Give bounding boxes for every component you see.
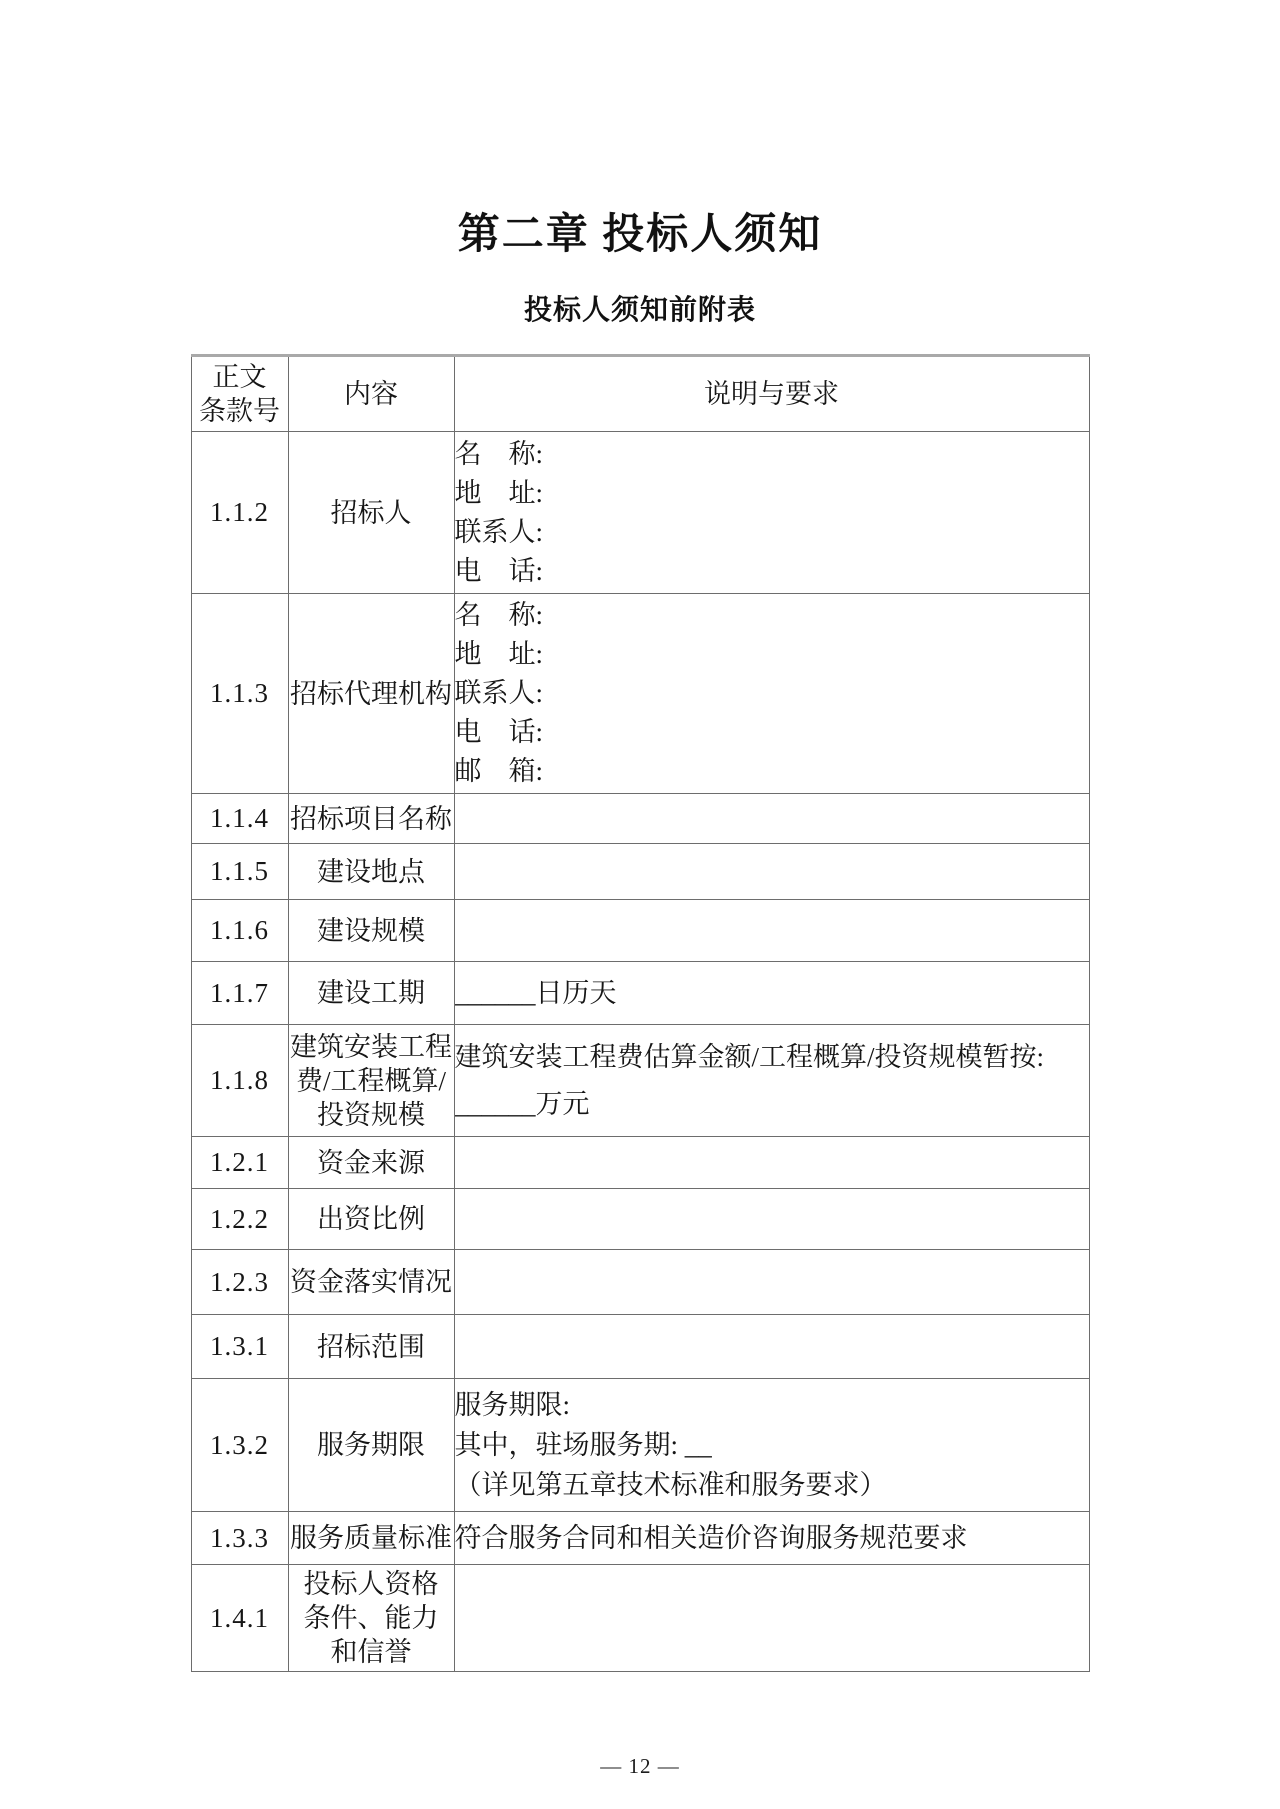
table-row: 1.1.8 建筑安装工程 费/工程概算/ 投资规模 建筑安装工程费估算金额/工程… [191, 1025, 1089, 1137]
requirement-cell [454, 1565, 1089, 1672]
requirement-cell [454, 1315, 1089, 1379]
clause-cell: 1.1.6 [191, 900, 288, 962]
requirement-cell: 名 称: 地 址: 联系人: 电 话: 邮 箱: [454, 594, 1089, 794]
table-caption: 投标人须知前附表 [0, 296, 1280, 326]
requirement-cell [454, 900, 1089, 962]
clause-cell: 1.3.3 [191, 1512, 288, 1565]
requirement-cell: 名 称: 地 址: 联系人: 电 话: [454, 432, 1089, 594]
requirement-cell [454, 1137, 1089, 1189]
table-row: 1.3.2 服务期限 服务期限: 其中，驻场服务期: __ （详见第五章技术标准… [191, 1379, 1089, 1512]
clause-cell: 1.1.7 [191, 962, 288, 1025]
requirement-cell: 符合服务合同和相关造价咨询服务规范要求 [454, 1512, 1089, 1565]
content-cell: 建筑安装工程 费/工程概算/ 投资规模 [288, 1025, 454, 1137]
clause-cell: 1.2.2 [191, 1189, 288, 1250]
table-row: 1.1.4 招标项目名称 [191, 794, 1089, 844]
table-row: 1.1.2 招标人 名 称: 地 址: 联系人: 电 话: [191, 432, 1089, 594]
table-row: 1.1.5 建设地点 [191, 844, 1089, 900]
content-cell: 服务质量标准 [288, 1512, 454, 1565]
table-row: 1.2.2 出资比例 [191, 1189, 1089, 1250]
col-header-requirements: 说明与要求 [454, 356, 1089, 432]
requirement-cell [454, 1250, 1089, 1315]
col-header-content: 内容 [288, 356, 454, 432]
content-cell: 建设工期 [288, 962, 454, 1025]
content-cell: 建设规模 [288, 900, 454, 962]
content-cell: 招标项目名称 [288, 794, 454, 844]
table-row: 1.3.3 服务质量标准 符合服务合同和相关造价咨询服务规范要求 [191, 1512, 1089, 1565]
content-cell: 出资比例 [288, 1189, 454, 1250]
clause-cell: 1.3.1 [191, 1315, 288, 1379]
clause-cell: 1.1.2 [191, 432, 288, 594]
requirement-cell [454, 794, 1089, 844]
clause-cell: 1.2.3 [191, 1250, 288, 1315]
clause-cell: 1.4.1 [191, 1565, 288, 1672]
table-row: 1.4.1 投标人资格 条件、能力 和信誉 [191, 1565, 1089, 1672]
table-body: 1.1.2 招标人 名 称: 地 址: 联系人: 电 话: 1.1.3 招标代理… [191, 432, 1089, 1672]
requirement-cell: 服务期限: 其中，驻场服务期: __ （详见第五章技术标准和服务要求） [454, 1379, 1089, 1512]
bidder-notice-pre-table: 正文 条款号 内容 说明与要求 1.1.2 招标人 名 称: 地 址: 联系人:… [191, 354, 1090, 1672]
requirement-cell: 建筑安装工程费估算金额/工程概算/投资规模暂按: ______万元 [454, 1025, 1089, 1137]
clause-cell: 1.1.4 [191, 794, 288, 844]
table-row: 1.2.1 资金来源 [191, 1137, 1089, 1189]
requirement-cell: ______日历天 [454, 962, 1089, 1025]
table-row: 1.3.1 招标范围 [191, 1315, 1089, 1379]
table-row: 1.2.3 资金落实情况 [191, 1250, 1089, 1315]
clause-cell: 1.3.2 [191, 1379, 288, 1512]
content-cell: 招标代理机构 [288, 594, 454, 794]
content-cell: 投标人资格 条件、能力 和信誉 [288, 1565, 454, 1672]
content-cell: 招标范围 [288, 1315, 454, 1379]
table-row: 1.1.6 建设规模 [191, 900, 1089, 962]
content-cell: 资金落实情况 [288, 1250, 454, 1315]
requirement-cell [454, 844, 1089, 900]
clause-cell: 1.1.5 [191, 844, 288, 900]
content-cell: 服务期限 [288, 1379, 454, 1512]
table-row: 1.1.7 建设工期 ______日历天 [191, 962, 1089, 1025]
content-cell: 建设地点 [288, 844, 454, 900]
clause-cell: 1.2.1 [191, 1137, 288, 1189]
clause-cell: 1.1.8 [191, 1025, 288, 1137]
clause-cell: 1.1.3 [191, 594, 288, 794]
document-page: 第二章 投标人须知 投标人须知前附表 正文 条款号 内容 说明与要求 1.1.2… [0, 0, 1280, 1809]
table-row: 1.1.3 招标代理机构 名 称: 地 址: 联系人: 电 话: 邮 箱: [191, 594, 1089, 794]
chapter-title: 第二章 投标人须知 [0, 0, 1280, 258]
requirement-cell [454, 1189, 1089, 1250]
table-header-row: 正文 条款号 内容 说明与要求 [191, 356, 1089, 432]
content-cell: 资金来源 [288, 1137, 454, 1189]
col-header-clause-no: 正文 条款号 [191, 356, 288, 432]
page-number: — 12 — [0, 1754, 1280, 1779]
content-cell: 招标人 [288, 432, 454, 594]
